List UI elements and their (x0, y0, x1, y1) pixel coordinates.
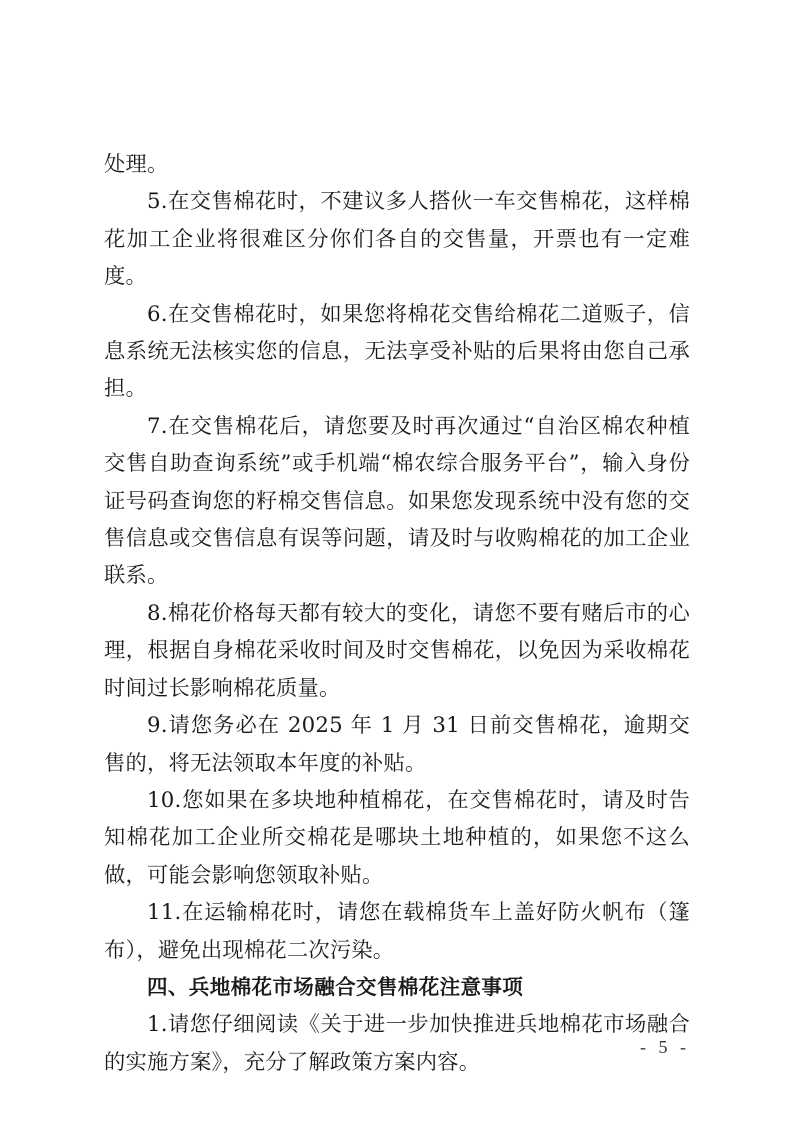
list-item-11: 11.在运输棉花时，请您在载棉货车上盖好防火帆布（篷布），避免出现棉花二次污染。 (104, 894, 690, 969)
list-item-6: 6.在交售棉花时，如果您将棉花交售给棉花二道贩子，信息系统无法核实您的信息，无法… (104, 296, 690, 408)
list-item-10: 10.您如果在多块地种植棉花，在交售棉花时，请及时告知棉花加工企业所交棉花是哪块… (104, 782, 690, 894)
section-heading: 四、兵地棉花市场融合交售棉花注意事项 (104, 969, 690, 1006)
page-number: - 5 - (640, 1037, 690, 1058)
list-item-1: 1.请您仔细阅读《关于进一步加快推进兵地棉花市场融合的实施方案》，充分了解政策方… (104, 1006, 690, 1081)
list-item-8: 8.棉花价格每天都有较大的变化，请您不要有赌后市的心理，根据自身棉花采收时间及时… (104, 595, 690, 707)
list-item-7: 7.在交售棉花后，请您要及时再次通过“自治区棉农种植交售自助查询系统”或手机端“… (104, 408, 690, 595)
list-item-9: 9.请您务必在 2025 年 1 月 31 日前交售棉花，逾期交售的，将无法领取… (104, 707, 690, 782)
paragraph-continuation: 处理。 (104, 146, 690, 183)
document-body: 处理。 5.在交售棉花时，不建议多人搭伙一车交售棉花，这样棉花加工企业将很难区分… (104, 146, 690, 1081)
list-item-5: 5.在交售棉花时，不建议多人搭伙一车交售棉花，这样棉花加工企业将很难区分你们各自… (104, 183, 690, 295)
